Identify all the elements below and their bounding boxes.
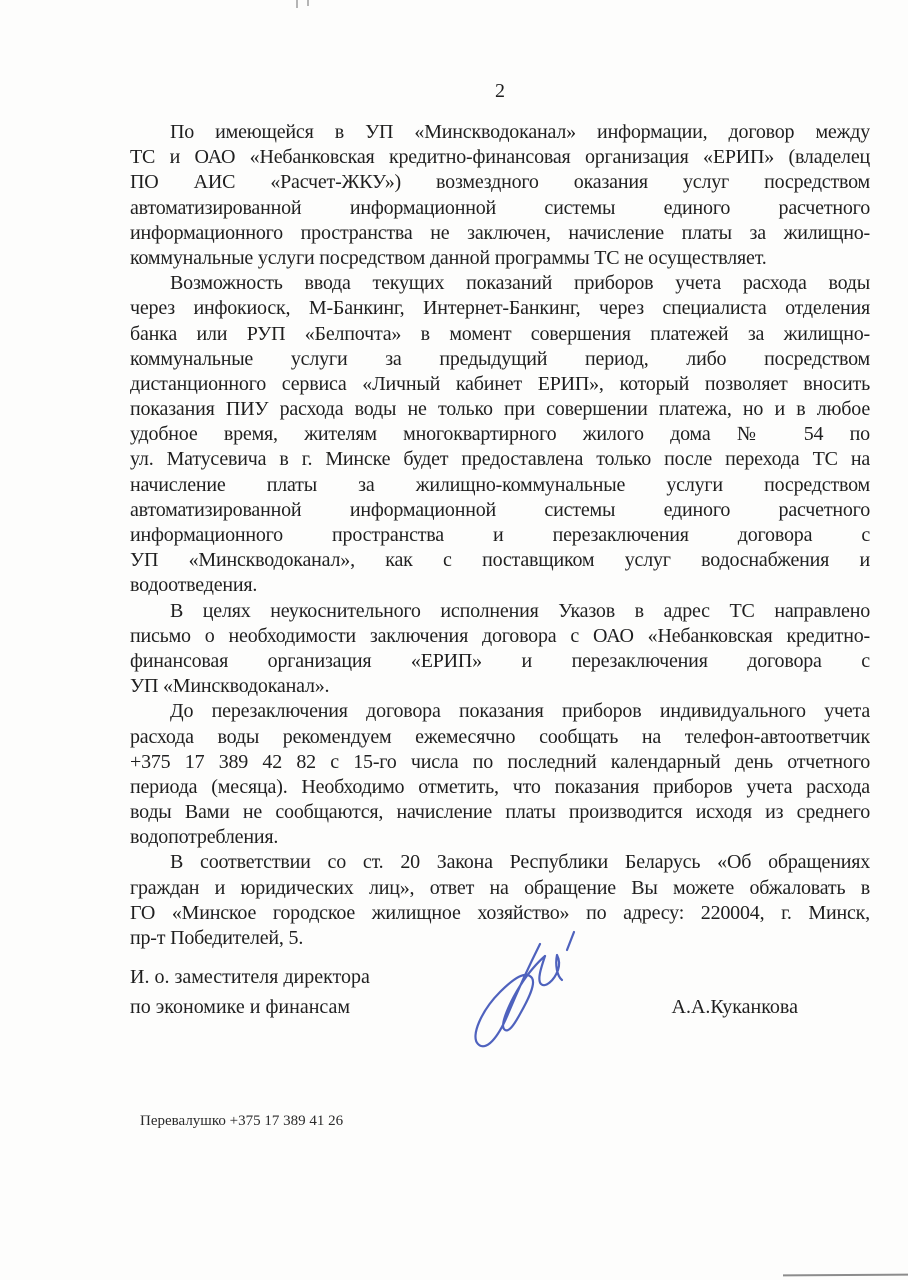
text-line: До перезаключения договора показания при…: [130, 699, 870, 724]
letter-body: По имеющейся в УП «Минскводоканал» инфор…: [130, 120, 870, 951]
text-line: граждан и юридических лиц», ответ на обр…: [130, 876, 870, 901]
text-line: автоматизированной информационной систем…: [130, 498, 870, 523]
text-line: письмо о необходимости заключения догово…: [130, 624, 870, 649]
text-line: ПО АИС «Расчет-ЖКУ») возмездного оказани…: [130, 170, 870, 195]
scan-artifact-tick: [307, 0, 309, 6]
text-line: информационного пространства не заключен…: [130, 221, 870, 246]
text-line: воды Вами не сообщаются, начисление плат…: [130, 800, 870, 825]
text-line: расхода воды рекомендуем ежемесячно сооб…: [130, 725, 870, 750]
text-line: УП «Минскводоканал», как с поставщиком у…: [130, 548, 870, 573]
text-line: По имеющейся в УП «Минскводоканал» инфор…: [130, 120, 870, 145]
scan-artifact-line: [783, 1274, 908, 1277]
text-line: В соответствии со ст. 20 Закона Республи…: [130, 850, 870, 875]
text-line: водопотребления.: [130, 825, 870, 850]
signer-name: А.А.Куканкова: [672, 992, 798, 1022]
text-line: автоматизированной информационной систем…: [130, 196, 870, 221]
paragraph: По имеющейся в УП «Минскводоканал» инфор…: [130, 120, 870, 271]
text-line: коммунальные услуги посредством данной п…: [130, 246, 870, 271]
text-line: через инфокиоск, М-Банкинг, Интернет-Бан…: [130, 296, 870, 321]
signature-block: И. о. заместителя директора по экономике…: [130, 962, 870, 1022]
text-line: банка или РУП «Белпочта» в момент соверш…: [130, 322, 870, 347]
text-line: УП «Минскводоканал».: [130, 674, 870, 699]
text-line: информационного пространства и перезаклю…: [130, 523, 870, 548]
text-line: ГО «Минское городское жилищное хозяйство…: [130, 901, 870, 926]
text-line: дистанционного сервиса «Личный кабинет Е…: [130, 372, 870, 397]
text-line: Возможность ввода текущих показаний приб…: [130, 271, 870, 296]
text-line: ТС и ОАО «Небанковская кредитно-финансов…: [130, 145, 870, 170]
signer-position: И. о. заместителя директора по экономике…: [130, 962, 370, 1022]
text-line: финансовая организация «ЕРИП» и перезакл…: [130, 649, 870, 674]
text-line: ул. Матусевича в г. Минске будет предост…: [130, 447, 870, 472]
text-line: начисление платы за жилищно-коммунальные…: [130, 473, 870, 498]
text-line: периода (месяца). Необходимо отметить, ч…: [130, 775, 870, 800]
signer-position-line-2: по экономике и финансам: [130, 992, 370, 1022]
text-line: удобное время, жителям многоквартирного …: [130, 422, 870, 447]
text-line: +375 17 389 42 82 с 15-го числа по после…: [130, 750, 870, 775]
scanned-letter-page: 2 По имеющейся в УП «Минскводоканал» инф…: [0, 0, 908, 1280]
text-line: водоотведения.: [130, 573, 870, 598]
scan-artifact-tick: [296, 0, 298, 8]
text-line: показания ПИУ расхода воды не только при…: [130, 397, 870, 422]
paragraph: Возможность ввода текущих показаний приб…: [130, 271, 870, 598]
signer-position-line-1: И. о. заместителя директора: [130, 962, 370, 992]
paragraph: До перезаключения договора показания при…: [130, 699, 870, 850]
paragraph: В целях неукоснительного исполнения Указ…: [130, 599, 870, 700]
executor-contact: Перевалушко +375 17 389 41 26: [140, 1112, 343, 1130]
text-line: В целях неукоснительного исполнения Указ…: [130, 599, 870, 624]
text-line: коммунальные услуги за предыдущий период…: [130, 347, 870, 372]
page-number: 2: [130, 80, 870, 102]
